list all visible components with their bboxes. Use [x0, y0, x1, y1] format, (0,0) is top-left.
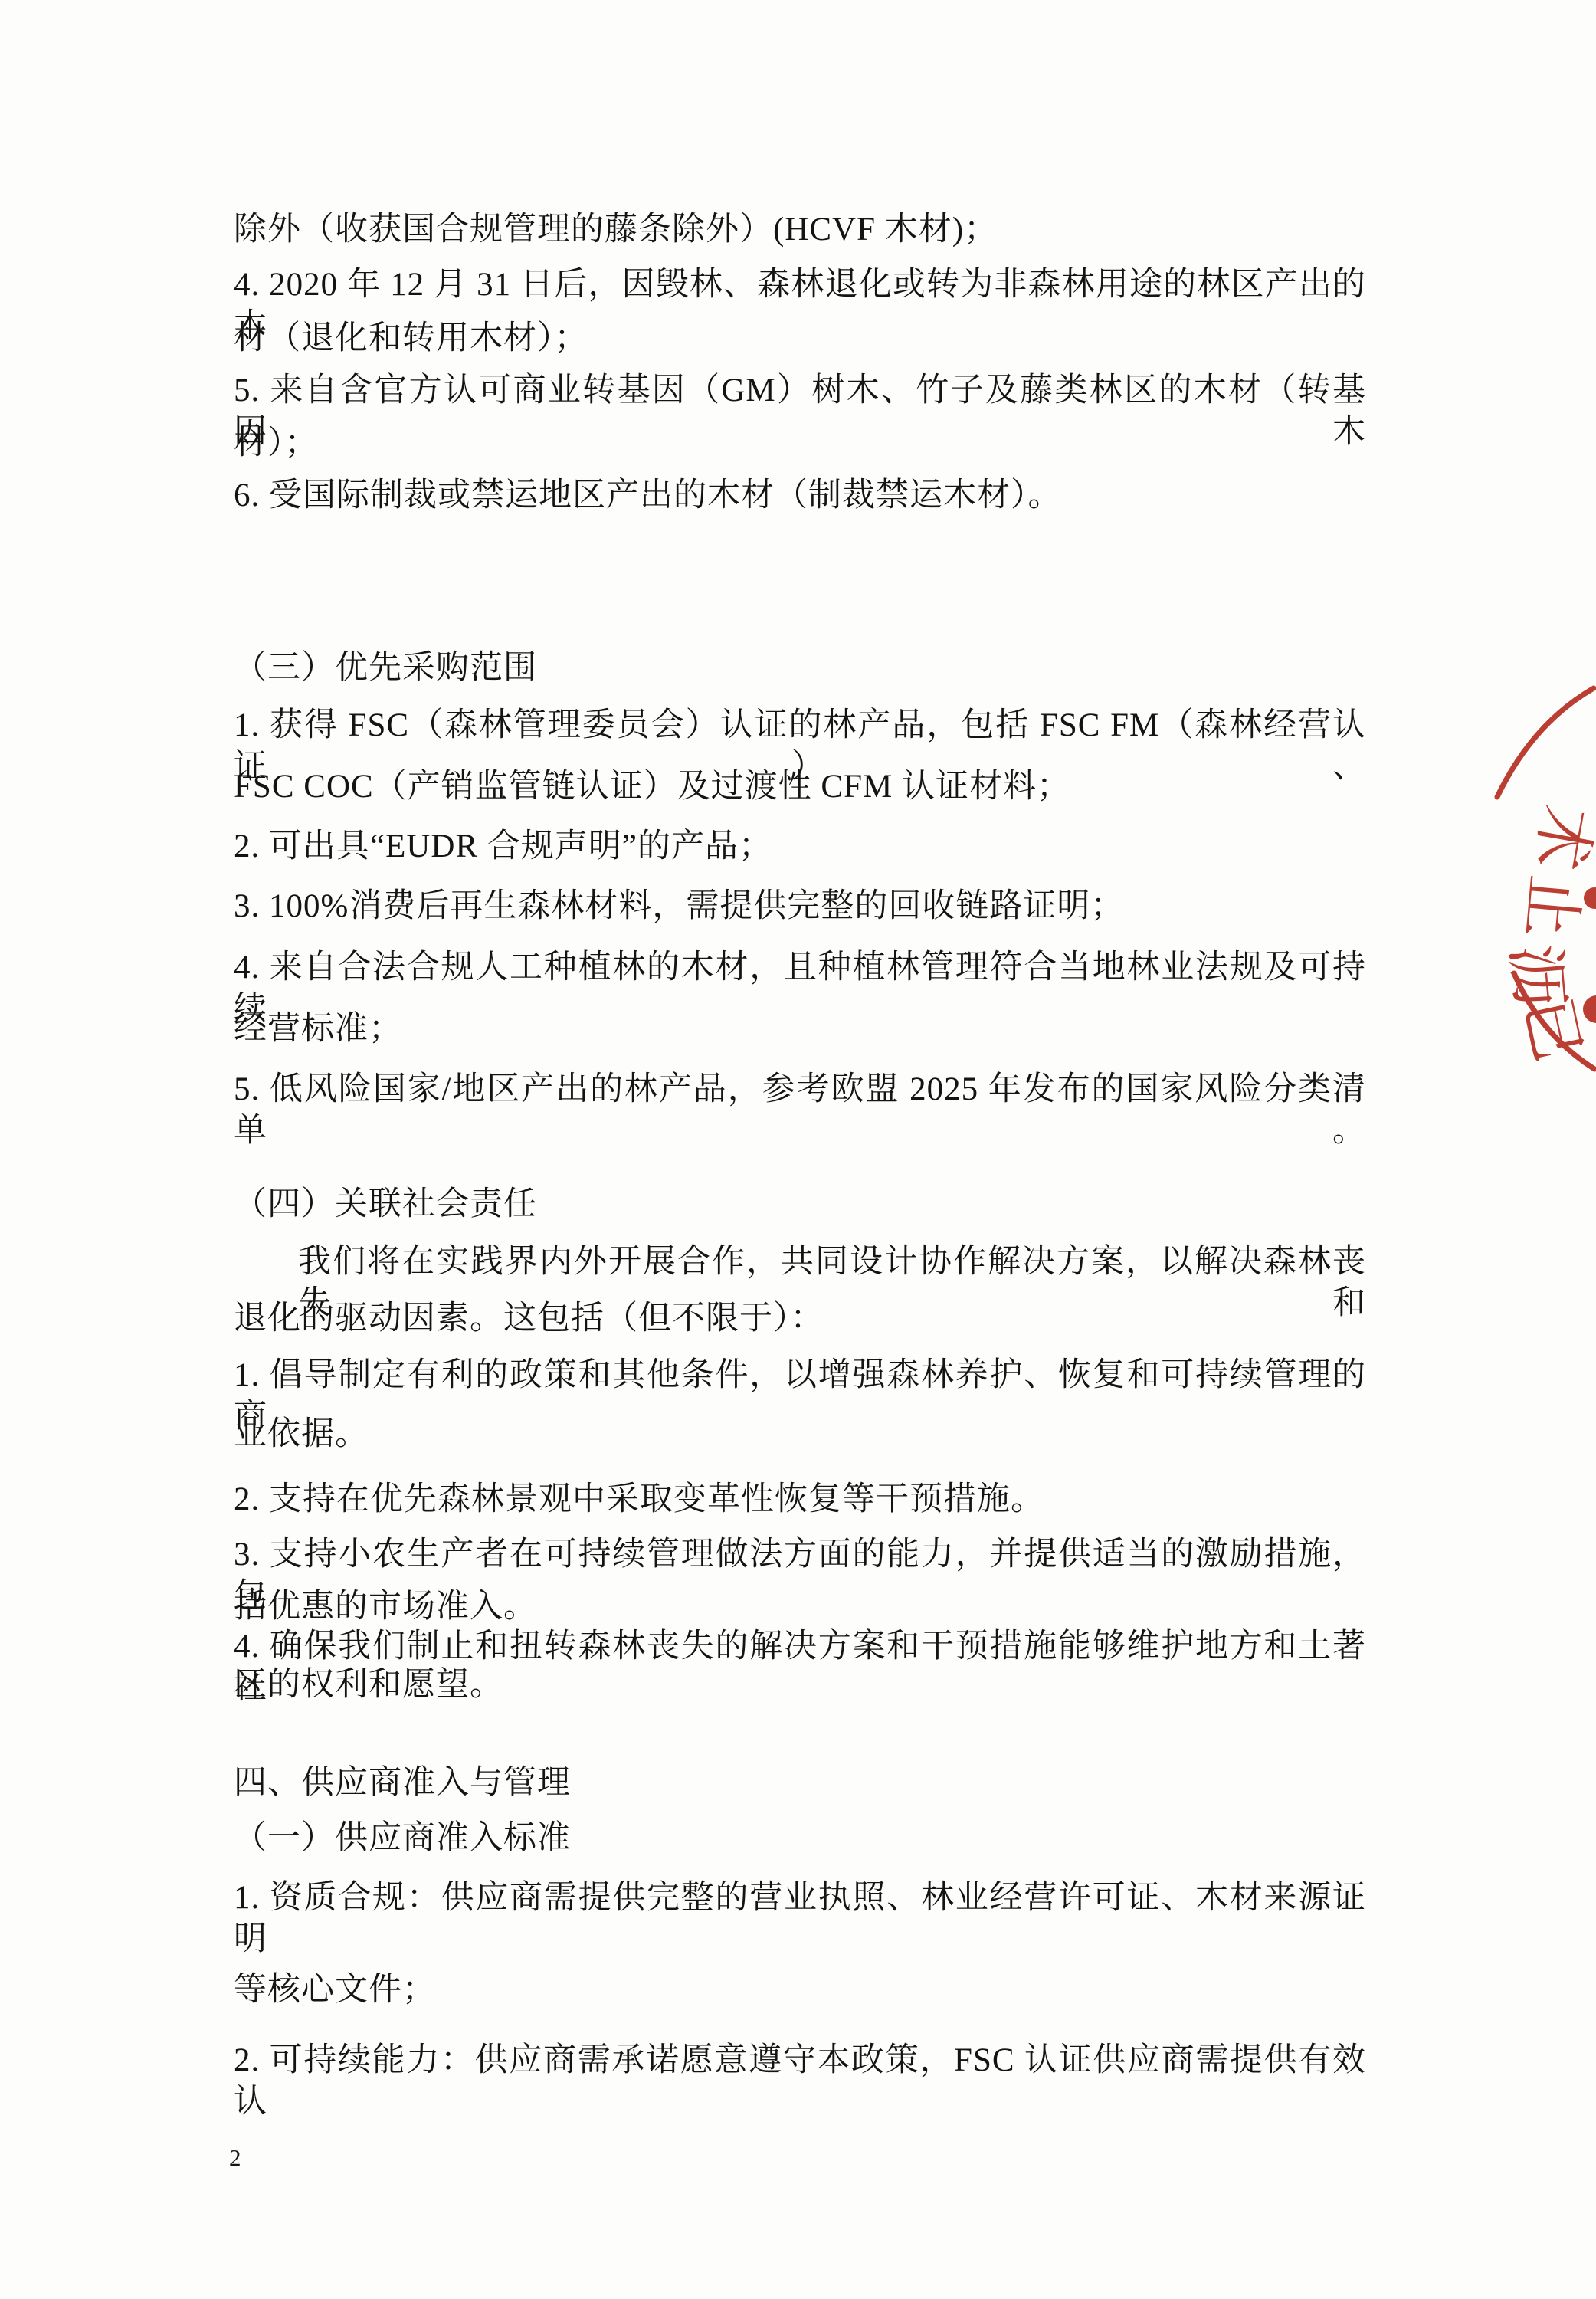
seal-char: 术 [1523, 801, 1596, 875]
section-heading: （三）优先采购范围 [234, 648, 1366, 689]
section-heading: （一）供应商准入标准 [234, 1818, 1366, 1859]
continuation-line: 区的权利和愿望。 [234, 1664, 1366, 1706]
continuation-line: FSC COC（产销监管链认证）及过渡性 CFM 认证材料； [234, 766, 1366, 808]
list-item: 5. 低风险国家/地区产出的林产品，参考欧盟 2025 年发布的国家风险分类清单… [234, 1069, 1366, 1152]
document-page: 除外（收获国合规管理的藤条除外）(HCVF 木材)； 4. 2020 年 12 … [0, 0, 1596, 2299]
seal-arc-top [1497, 688, 1594, 797]
list-item: 2. 可持续能力：供应商需承诺愿意遵守本政策，FSC 认证供应商需提供有效认 [234, 2040, 1366, 2123]
list-item: 6. 受国际制裁或禁运地区产出的木材（制裁禁运木材）。 [234, 475, 1366, 517]
list-item: 1. 资质合规：供应商需提供完整的营业执照、林业经营许可证、木材来源证明 [234, 1878, 1366, 1960]
seal-char: 已 [1512, 992, 1593, 1068]
red-seal-stamp: 术 止 沥 已 [1493, 668, 1596, 1082]
list-item: 2. 可出具“EUDR 合规声明”的产品； [234, 826, 1366, 867]
continuation-line: 括优惠的市场准入。 [234, 1586, 1366, 1628]
continuation-line: 业依据。 [234, 1414, 1366, 1455]
list-item: 3. 100%消费后再生森林材料，需提供完整的回收链路证明； [234, 886, 1366, 927]
continuation-line: 经营标准； [234, 1008, 1366, 1050]
continuation-line: 等核心文件； [234, 1969, 1366, 2011]
continuation-line: 除外（收获国合规管理的藤条除外）(HCVF 木材)； [234, 209, 1366, 251]
continuation-line: 材）； [234, 423, 1366, 464]
chapter-heading: 四、供应商准入与管理 [234, 1763, 1366, 1804]
page-number: 2 [229, 2144, 241, 2172]
continuation-line: 材（退化和转用木材）； [234, 318, 1366, 359]
paragraph-line: 退化的驱动因素。这包括（但不限于）： [234, 1298, 1366, 1340]
list-item: 2. 支持在优先森林景观中采取变革性恢复等干预措施。 [234, 1479, 1366, 1520]
section-heading: （四）关联社会责任 [234, 1184, 1366, 1225]
seal-char: 止 [1514, 872, 1589, 941]
